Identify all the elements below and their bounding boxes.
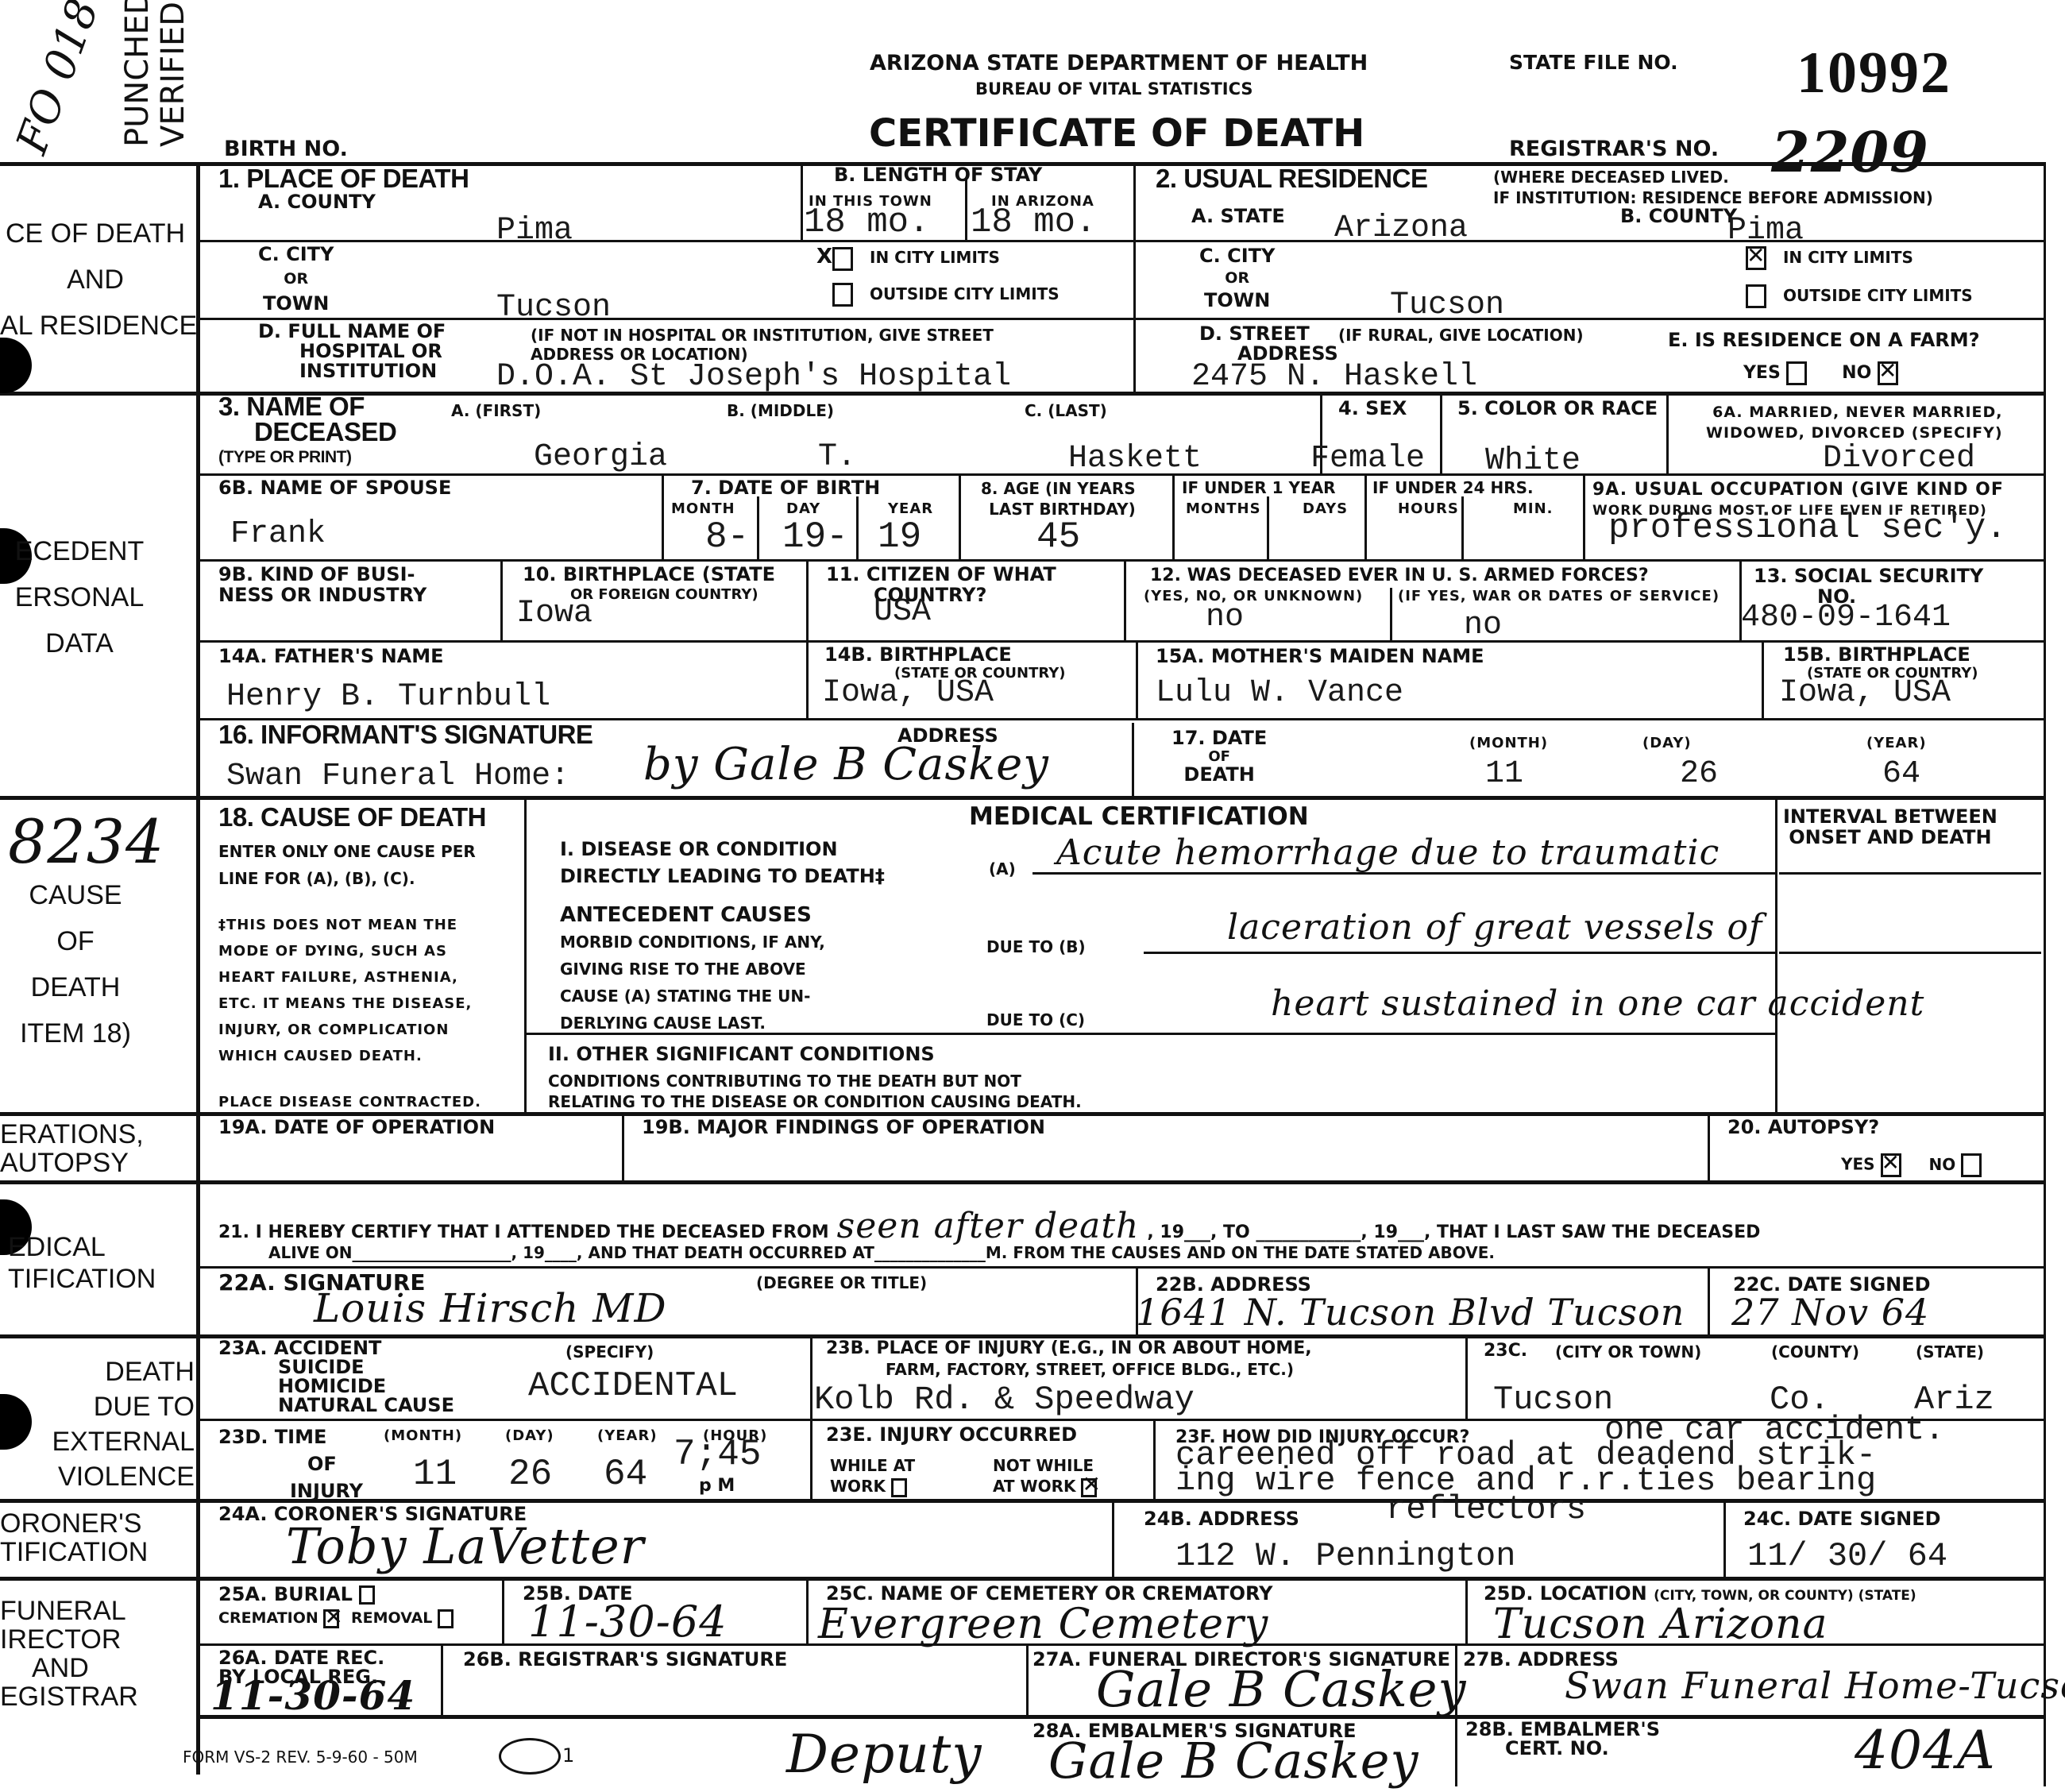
citizen-value: USA (874, 594, 931, 630)
sex-label: 4. SEX (1338, 397, 1407, 419)
checkbox-label: OUTSIDE CITY LIMITS (1783, 286, 1973, 305)
street-hint: (IF RURAL, GIVE LOCATION) (1338, 326, 1584, 345)
label-line: 28B. EMBALMER'S (1465, 1720, 1660, 1739)
footnote-line: WHICH CAUSED DEATH. (218, 1043, 472, 1069)
cause-a-label: (A) (989, 859, 1016, 879)
injury-state-label: (STATE) (1916, 1342, 1984, 1361)
form-number: FORM VS-2 REV. 5-9-60 - 50M (183, 1748, 418, 1767)
label-line: HOSPITAL OR (258, 342, 446, 361)
state-file-number: 10992 (1797, 40, 1951, 107)
in-town-value: 18 mo. (804, 203, 929, 242)
label-line: GIVING RISE TO THE ABOVE (560, 956, 825, 983)
side-label-line: AUTOPSY (0, 1149, 144, 1177)
side-label-external: DEATH DUE TO EXTERNAL VIOLENCE (44, 1354, 195, 1494)
dob-year-label: YEAR (888, 500, 933, 517)
label-line: 13. SOCIAL SECURITY (1754, 566, 1983, 586)
instruction-line: LINE FOR (A), (B), (C). (218, 865, 476, 892)
side-label-line: EXTERNAL (44, 1424, 195, 1459)
farm-no-label: NO (1842, 363, 1871, 383)
union-label-icon (499, 1738, 561, 1775)
informant-value: Swan Funeral Home: (226, 759, 569, 794)
cremation-label: CREMATION (218, 1609, 318, 1627)
bureau-name: BUREAU OF VITAL STATISTICS (975, 79, 1253, 98)
in-city-limits-checkbox[interactable] (832, 247, 853, 271)
dob-month-value: 8- (705, 516, 749, 558)
col-line (806, 640, 809, 718)
col-line (524, 798, 527, 1112)
burial-label: 25A. BURIAL (218, 1583, 353, 1605)
label-line: DIRECTLY LEADING TO DEATH‡ (560, 863, 885, 890)
side-label-line: OF (0, 918, 151, 964)
label-line: 14B. BIRTHPLACE (824, 645, 1065, 664)
label-line: COUNTRY? (826, 585, 1056, 605)
embalmer-cert-value: 404A (1855, 1720, 1996, 1781)
death-day-value: 26 (1680, 756, 1718, 792)
side-label-line: EDICAL (8, 1231, 156, 1263)
occupation-value: professional sec'y. (1608, 508, 2007, 548)
label-line: INJURY (218, 1477, 363, 1504)
col-line (441, 1643, 443, 1715)
hours-label: HOURS (1398, 500, 1459, 517)
name-label: 3. NAME OF DECEASED (TYPE OR PRINT) (218, 394, 396, 470)
registrar-deputy-signature: Deputy (786, 1724, 982, 1785)
street-value: 2475 N. Haskell (1191, 359, 1477, 395)
injury-year-value: 64 (604, 1454, 647, 1495)
col-line (662, 473, 664, 559)
date-of-death-label: 17. DATE OF DEATH (1171, 729, 1267, 784)
col-line (1583, 473, 1585, 559)
farm-label: E. IS RESIDENCE ON A FARM? (1668, 329, 1980, 351)
registrar-no-label: REGISTRAR'S NO. (1509, 137, 1719, 161)
col-line (965, 179, 967, 240)
label-line: NATURAL CAUSE (218, 1396, 454, 1415)
footnote-line: ETC. IT MEANS THE DISEASE, (218, 991, 472, 1017)
age-value: 45 (1036, 516, 1080, 558)
not-at-work-option[interactable]: NOT WHILE AT WORK (993, 1455, 1097, 1497)
autopsy-yes-label: YES (1841, 1155, 1875, 1174)
first-name-value: Georgia (534, 439, 667, 475)
label-line: FARM, FACTORY, STREET, OFFICE BLDG., ETC… (826, 1359, 1312, 1380)
label-line: TOWN (258, 292, 334, 316)
cause-a-value: Acute hemorrhage due to traumatic (1056, 832, 1720, 873)
col-line (622, 1112, 624, 1180)
label-line: INSTITUTION (258, 361, 446, 381)
injury-day-value: 26 (508, 1454, 552, 1495)
side-label-line: ERSONAL (0, 574, 159, 620)
label-line: WORK (830, 1477, 886, 1496)
label-line: DEATH (1171, 766, 1267, 784)
side-label-coroner: ORONER'S TIFICATION (0, 1509, 148, 1566)
hospital-value: D.O.A. St Joseph's Hospital (496, 359, 1011, 395)
residence-city-label: C. CITY OR TOWN (1199, 245, 1275, 311)
label-line: 17. DATE (1171, 729, 1267, 747)
death-month-value: 11 (1485, 756, 1523, 792)
side-label-line: AND (0, 1654, 138, 1682)
burial-checkbox[interactable] (359, 1585, 375, 1605)
cause-footnote: ‡THIS DOES NOT MEAN THE MODE OF DYING, S… (218, 912, 472, 1069)
under-24-label: IF UNDER 24 HRS. (1372, 478, 1534, 497)
in-city-limits-checkbox[interactable] (1746, 246, 1766, 270)
death-month-label: (MONTH) (1469, 735, 1548, 751)
department-name: ARIZONA STATE DEPARTMENT OF HEALTH (870, 51, 1368, 75)
side-label-cause: CAUSE OF DEATH ITEM 18) (0, 872, 151, 1056)
col-line (1723, 1499, 1726, 1577)
side-label-line: ITEM 18) (0, 1010, 151, 1056)
side-label-line: CAUSE (0, 872, 151, 918)
injury-ampm: p M (699, 1476, 735, 1496)
col-line (801, 162, 803, 241)
place-disease-contracted: PLACE DISEASE CONTRACTED. (218, 1094, 481, 1110)
injury-year-label: (YEAR) (597, 1427, 658, 1444)
side-label-line: ERATIONS, (0, 1120, 144, 1149)
operation-date-label: 19A. DATE OF OPERATION (218, 1116, 495, 1138)
interval-a-line (1779, 872, 2041, 875)
side-label-line: FUNERAL (0, 1597, 138, 1625)
col-line (1172, 473, 1175, 559)
label-line: HOMICIDE (218, 1377, 454, 1396)
cemetery-location-value: Tucson Arizona (1493, 1601, 1828, 1648)
spouse-label: 6B. NAME OF SPOUSE (218, 477, 451, 499)
checkbox-label: OUTSIDE CITY LIMITS (870, 284, 1060, 303)
label-line: CAUSE (A) STATING THE UN- (560, 983, 825, 1010)
col-line (1364, 473, 1367, 559)
coroner-address-value: 112 W. Pennington (1175, 1537, 1515, 1575)
county-label: A. COUNTY (258, 191, 376, 213)
ssn-value: 480-09-1641 (1741, 600, 1951, 635)
col-line (1133, 162, 1136, 392)
side-label-line: DEATH (44, 1354, 195, 1389)
part2-label: II. OTHER SIGNIFICANT CONDITIONS (548, 1043, 935, 1065)
sex-value: Female (1310, 441, 1425, 477)
coroner-date-value: 11/ 30/ 64 (1747, 1537, 1947, 1575)
degree-label: (DEGREE OR TITLE) (756, 1273, 927, 1292)
autopsy-options: YES NO (1841, 1153, 1982, 1177)
dob-year-value: 19 (878, 516, 921, 558)
last-name-value: Haskett (1068, 441, 1202, 477)
label-line: D. STREET (1199, 324, 1338, 344)
physician-date-signed: 27 Nov 64 (1731, 1291, 1929, 1334)
age-label: 8. AGE (IN YEARS LAST BIRTHDAY) (981, 478, 1136, 519)
col-line (856, 496, 859, 559)
label-line: OF (218, 1450, 363, 1477)
part1-label: I. DISEASE OR CONDITION DIRECTLY LEADING… (560, 836, 885, 890)
label-line: OR (1199, 267, 1275, 289)
col-line (1136, 640, 1138, 718)
race-label: 5. COLOR OR RACE (1457, 397, 1658, 419)
mother-birthplace-value: Iowa, USA (1779, 675, 1951, 711)
label-line: WHILE AT (830, 1455, 915, 1476)
street-label: D. STREET ADDRESS (1199, 324, 1338, 364)
label-line: 11. CITIZEN OF WHAT (826, 564, 1056, 585)
interval-b-line (1779, 952, 2041, 954)
row-line (199, 559, 2045, 562)
label-line: INTERVAL BETWEEN (1783, 806, 1997, 827)
label-line: CERT. NO. (1465, 1739, 1660, 1758)
attended-from-value: seen after death (829, 1206, 1148, 1246)
label-line: 26A. DATE REC. (218, 1648, 384, 1667)
cause-b-line (1144, 952, 1775, 954)
label-line: 9B. KIND OF BUSI- (218, 564, 427, 585)
injury-month-label: (MONTH) (384, 1427, 462, 1444)
months-label: MONTHS (1186, 500, 1261, 517)
dob-label: 7. DATE OF BIRTH (691, 477, 880, 499)
col-line (1465, 1334, 1468, 1419)
checkbox-label: IN CITY LIMITS (870, 248, 1000, 267)
outside-city-limits-checkbox[interactable] (1746, 284, 1766, 308)
label-line: ANTECEDENT CAUSES (560, 902, 825, 929)
side-label-line: TIFICATION (0, 1538, 148, 1566)
side-label-line: DEATH (0, 964, 151, 1010)
cause-label: 18. CAUSE OF DEATH (218, 802, 486, 832)
col-line (1390, 588, 1392, 640)
length-of-stay-label: B. LENGTH OF STAY (834, 164, 1042, 186)
coroner-signature: Toby LaVetter (286, 1517, 644, 1575)
injury-day-label: (DAY) (505, 1427, 554, 1444)
col-line (1112, 1499, 1114, 1577)
removal-label: REMOVAL (351, 1609, 432, 1627)
injury-location-label: 23C. (1484, 1341, 1527, 1361)
col-line (1775, 798, 1777, 1112)
death-type-label: 23A. ACCIDENT SUICIDE HOMICIDE NATURAL C… (218, 1338, 454, 1415)
punched-stamp: PUNCHED (119, 0, 156, 147)
mother-label: 15A. MOTHER'S MAIDEN NAME (1156, 645, 1484, 667)
col-line (500, 559, 503, 640)
interval-label: INTERVAL BETWEEN ONSET AND DEATH (1783, 806, 1997, 848)
hint-line: RELATING TO THE DISEASE OR CONDITION CAU… (548, 1091, 1082, 1112)
informant-signature: by Gale B Caskey (643, 739, 1049, 790)
while-at-work-checkbox[interactable] (891, 1478, 907, 1497)
side-label-line: ORONER'S (0, 1509, 148, 1538)
autopsy-no-label: NO (1929, 1155, 1956, 1174)
label-line: 23A. ACCIDENT (218, 1338, 454, 1358)
hospital-hint: (IF NOT IN HOSPITAL OR INSTITUTION, GIVE… (531, 326, 994, 364)
col-line (1666, 392, 1669, 473)
side-label-line: AL RESIDENCE (0, 303, 191, 349)
col-line (1267, 496, 1269, 559)
hint-line: (IF NOT IN HOSPITAL OR INSTITUTION, GIVE… (531, 326, 994, 345)
farm-yes-label: YES (1743, 363, 1781, 383)
margin-note: FO 018 (6, 0, 108, 160)
coroner-address-label: 24B. ADDRESS (1144, 1508, 1299, 1530)
side-label-line: AND (0, 257, 191, 303)
label-line: 8. AGE (IN YEARS (981, 478, 1136, 499)
physician-address: 1641 N. Tucson Blvd Tucson (1136, 1291, 1685, 1334)
armed-war-label: (IF YES, WAR OR DATES OF SERVICE) (1398, 588, 1720, 604)
cause-b-value: laceration of great vessels of (1227, 907, 1762, 948)
armed-forces-label: 12. WAS DECEASED EVER IN U. S. ARMED FOR… (1150, 566, 1649, 585)
residence-county-label: B. COUNTY (1620, 205, 1737, 227)
outside-city-limits-checkbox[interactable] (832, 283, 853, 307)
col-line (806, 559, 809, 640)
cremation-checkbox[interactable] (323, 1609, 339, 1628)
label-line: (TYPE OR PRINT) (218, 445, 396, 470)
medical-certification-heading: MEDICAL CERTIFICATION (969, 802, 1309, 831)
col-line (1708, 1266, 1710, 1334)
instruction-line: ENTER ONLY ONE CAUSE PER (218, 838, 476, 865)
label-line: NESS OR INDUSTRY (218, 585, 427, 605)
farm-options: YES NO (1743, 361, 1898, 385)
certify-text: 21. I HEREBY CERTIFY THAT I ATTENDED THE… (218, 1222, 829, 1242)
while-at-work-option[interactable]: WHILE AT WORK (830, 1455, 915, 1497)
death-day-label: (DAY) (1642, 735, 1692, 751)
side-label-line: EGISTRAR (0, 1682, 138, 1711)
disposition-date-value: 11-30-64 (528, 1597, 728, 1647)
cause-instruction: ENTER ONLY ONE CAUSE PER LINE FOR (A), (… (218, 838, 476, 892)
middle-name-label: B. (MIDDLE) (727, 401, 834, 420)
col-line (1440, 392, 1442, 473)
specify-label: (SPECIFY) (565, 1342, 654, 1361)
label-line: 9A. USUAL OCCUPATION (GIVE KIND OF (1592, 480, 2004, 500)
section-line (0, 1180, 2045, 1184)
col-line (959, 473, 961, 559)
label-line: 6A. MARRIED, NEVER MARRIED, (1706, 402, 2003, 423)
label-column-divider (196, 162, 200, 1775)
in-arizona-value: 18 mo. (971, 203, 1096, 242)
hospital-label: D. FULL NAME OF HOSPITAL OR INSTITUTION (258, 322, 446, 381)
form-right-border (2044, 162, 2046, 1786)
father-birthplace-value: Iowa, USA (822, 675, 994, 711)
embalmer-signature: Gale B Caskey (1048, 1732, 1419, 1790)
middle-name-value: T. (818, 439, 856, 475)
death-in-city-limits[interactable]: X IN CITY LIMITS (816, 245, 1000, 271)
date-received-value: 11-30-64 (210, 1672, 415, 1719)
autopsy-no-checkbox[interactable] (1961, 1153, 1982, 1177)
armed-yn-value: no (1206, 600, 1244, 635)
col-line (1124, 559, 1126, 640)
father-value: Henry B. Turnbull (226, 679, 550, 715)
side-label-line: CE OF DEATH (0, 210, 191, 257)
side-label-line: VIOLENCE (44, 1459, 195, 1494)
physician-signature: Louis Hirsch MD (314, 1285, 667, 1331)
label-line: TOWN (1199, 289, 1275, 311)
antecedent-label: ANTECEDENT CAUSES MORBID CONDITIONS, IF … (560, 902, 825, 1037)
marital-label: 6A. MARRIED, NEVER MARRIED, WIDOWED, DIV… (1706, 402, 2003, 443)
label-line: ONSET AND DEATH (1783, 827, 1997, 848)
residence-outside-city-limits[interactable]: OUTSIDE CITY LIMITS (1746, 284, 1973, 308)
residence-state-label: A. STATE (1191, 205, 1285, 227)
checked-mark: X (816, 245, 832, 268)
autopsy-yes-checkbox[interactable] (1881, 1153, 1901, 1177)
col-line (1762, 640, 1764, 718)
side-label-funeral: FUNERAL IRECTOR AND EGISTRAR (0, 1597, 138, 1711)
label-line: C. CITY (1199, 245, 1275, 267)
col-line (1708, 1112, 1710, 1180)
cause-b-label: DUE TO (B) (986, 937, 1086, 956)
disposition-label: 25A. BURIAL CREMATION REMOVAL (218, 1582, 454, 1630)
spouse-value: Frank (230, 516, 326, 552)
coroner-date-label: 24C. DATE SIGNED (1743, 1508, 1941, 1530)
punch-hole (0, 1394, 32, 1450)
label-line: AT WORK (993, 1477, 1076, 1496)
birth-no-label: BIRTH NO. (224, 137, 348, 161)
label-line: C. CITY (258, 242, 334, 267)
director-address: Swan Funeral Home-Tucson (1565, 1664, 2065, 1707)
injury-place-value: Kolb Rd. & Speedway (814, 1381, 1195, 1419)
certify-text: , 19___, TO ____________, 19___, THAT I … (1147, 1222, 1760, 1242)
footnote-line: ‡THIS DOES NOT MEAN THE (218, 912, 472, 938)
state-file-label: STATE FILE NO. (1509, 51, 1678, 74)
marital-value: Divorced (1823, 441, 1975, 477)
certify-line-2: ALIVE ON____________________, 19____, AN… (268, 1243, 1495, 1262)
injury-month-value: 11 (413, 1454, 457, 1495)
residence-city-value: Tucson (1390, 288, 1504, 323)
not-at-work-checkbox[interactable] (1081, 1478, 1097, 1497)
row-line (199, 1266, 2045, 1269)
cause-c-value: heart sustained in one car accident (1271, 983, 1924, 1024)
row-line (199, 318, 2045, 320)
checkbox-label: IN CITY LIMITS (1783, 248, 1913, 267)
residence-in-city-limits[interactable]: IN CITY LIMITS (1746, 246, 1913, 270)
armed-yn-label: (YES, NO, OR UNKNOWN) (1144, 588, 1363, 604)
certify-line-1: 21. I HEREBY CERTIFY THAT I ATTENDED THE… (218, 1206, 1760, 1246)
side-label-line: DUE TO (44, 1389, 195, 1424)
hint-line: CONDITIONS CONTRIBUTING TO THE DEATH BUT… (548, 1071, 1082, 1091)
side-label-place: CE OF DEATH AND AL RESIDENCE (0, 210, 191, 349)
residence-state-value: Arizona (1334, 210, 1468, 246)
side-label-line: IRECTOR (0, 1625, 138, 1654)
label-line: DECEASED (218, 419, 396, 445)
label-line: SUICIDE (218, 1358, 454, 1377)
verified-stamp: VERIFIED (155, 2, 191, 147)
informant-label: 16. INFORMANT'S SIGNATURE (218, 720, 592, 750)
dob-month-label: MONTH (671, 500, 735, 517)
col-line (806, 1579, 809, 1644)
label-line: MORBID CONDITIONS, IF ANY, (560, 929, 825, 956)
label-line: 23B. PLACE OF INJURY (E.G., IN OR ABOUT … (826, 1338, 1312, 1359)
cemetery-value: Evergreen Cemetery (818, 1601, 1268, 1648)
death-type-value: ACCIDENTAL (528, 1366, 738, 1406)
footnote-line: MODE OF DYING, SUCH AS (218, 938, 472, 964)
col-line (1132, 723, 1134, 796)
side-label-personal: ECEDENT ERSONAL DATA (0, 528, 159, 666)
label-line: 23D. TIME (218, 1423, 363, 1450)
col-line (810, 1334, 812, 1501)
dob-day-value: 19- (782, 516, 848, 558)
residence-county-value: Pima (1727, 213, 1804, 249)
death-year-label: (YEAR) (1866, 735, 1927, 751)
cause-margin-note: 8234 (8, 806, 164, 877)
death-year-value: 64 (1882, 756, 1920, 792)
label-line: 10. BIRTHPLACE (STATE (523, 564, 775, 585)
col-line (1153, 1419, 1156, 1500)
section-line (0, 1577, 2045, 1581)
operation-findings-label: 19B. MAJOR FINDINGS OF OPERATION (642, 1116, 1045, 1138)
label-line: 3. NAME OF (218, 394, 396, 419)
col-line (1026, 1643, 1029, 1715)
farm-no-checkbox[interactable] (1878, 361, 1898, 385)
residence-hint: (WHERE DECEASED LIVED. IF INSTITUTION: R… (1493, 167, 1933, 208)
mother-value: Lulu W. Vance (1156, 675, 1403, 711)
injury-city-label: (CITY OR TOWN) (1555, 1342, 1701, 1361)
farm-yes-checkbox[interactable] (1786, 361, 1807, 385)
under-year-label: IF UNDER 1 YEAR (1182, 478, 1336, 497)
side-label-line: TIFICATION (8, 1263, 156, 1295)
dob-day-label: DAY (786, 500, 820, 517)
citizen-label: 11. CITIZEN OF WHAT COUNTRY? (826, 564, 1056, 605)
hint-line: (WHERE DECEASED LIVED. (1493, 167, 1933, 187)
usual-residence-label: 2. USUAL RESIDENCE (1156, 164, 1427, 194)
cause-c-label: DUE TO (C) (986, 1010, 1085, 1029)
removal-checkbox[interactable] (438, 1609, 454, 1628)
side-label-line: ECEDENT (0, 528, 159, 574)
label-line: 15B. BIRTHPLACE (1783, 645, 1978, 664)
how-injury-line-4: reflectors (1386, 1493, 1586, 1525)
embalmer-cert-label: 28B. EMBALMER'S CERT. NO. (1465, 1720, 1660, 1758)
death-outside-city-limits[interactable]: OUTSIDE CITY LIMITS (832, 283, 1060, 307)
days-label: DAYS (1303, 500, 1348, 517)
injury-time-label: 23D. TIME OF INJURY (218, 1423, 363, 1504)
birthplace-value: Iowa (516, 596, 592, 631)
